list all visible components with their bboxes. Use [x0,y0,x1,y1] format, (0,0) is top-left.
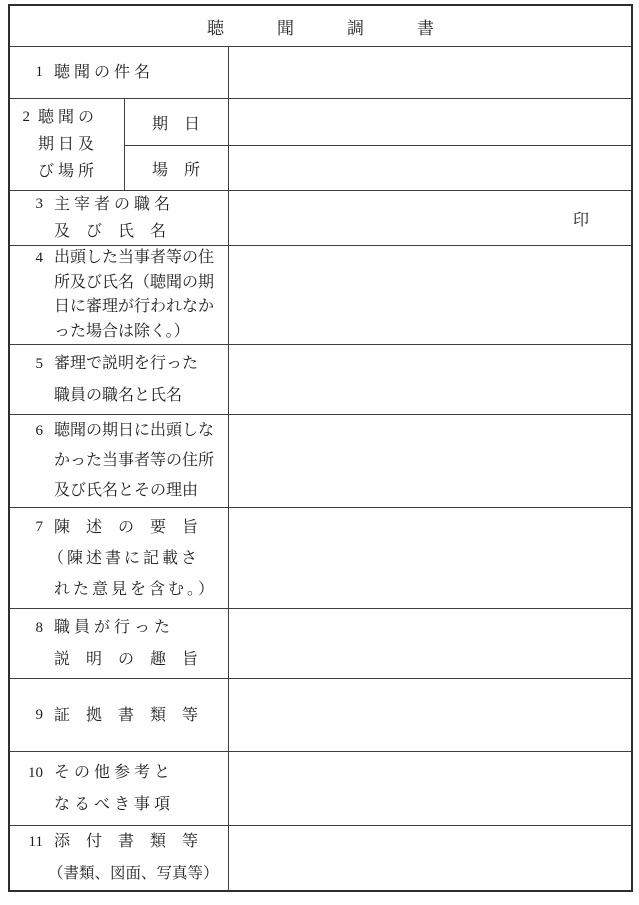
row-hearing-subject: 1 聴 聞 の 件 名 [9,47,632,99]
label-line: 日に審理が行われなか [54,295,214,320]
label-line: った場合は除く。） [54,320,214,345]
row-number: 9 [10,702,43,729]
row-explaining-staff: 5 審理で説明を行った 職員の職名と氏名 [9,345,632,415]
other-reference-label: 10 そ の 他 参 考 と な る べ き 事 項 [9,752,228,826]
explaining-staff-label: 5 審理で説明を行った 職員の職名と氏名 [9,345,228,415]
row-attached-documents: 11 添 付 書 類 等 （書類、図面、写真等） [9,826,632,892]
label-line: 及 び 氏 名 [54,218,170,245]
row-hearing-date: 2 聴 聞 の 期 日 及 び 場 所 期 日 [9,99,632,146]
label-line: 職員の職名と氏名 [54,380,198,412]
label-line: 証 拠 書 類 等 [54,702,198,729]
presiding-officer-value-field[interactable]: 印 [228,191,632,246]
date-value-field[interactable] [228,99,632,146]
row-number: 6 [10,416,43,446]
evidence-documents-label: 9 証 拠 書 類 等 [9,679,228,752]
absent-parties-value-field[interactable] [228,415,632,508]
label-line: び 場 所 [38,158,94,185]
label-line: 所及び氏名（聴聞の期 [54,271,214,296]
title-row: 聴 聞 調 書 [9,5,632,47]
row-number: 1 [10,59,43,86]
row-number: 8 [10,612,43,644]
row-number: 11 [10,826,43,858]
row-other-reference: 10 そ の 他 参 考 と な る べ き 事 項 [9,752,632,826]
label-line: な る べ き 事 項 [54,789,170,821]
hearing-subject-label: 1 聴 聞 の 件 名 [9,47,228,99]
row-number: 4 [10,246,43,271]
row-number: 7 [10,512,43,543]
appeared-parties-label: 4 出頭した当事者等の住 所及び氏名（聴聞の期 日に審理が行われなか った場合は… [9,246,228,345]
seal-mark: 印 [573,212,589,229]
label-line: 審理で説明を行った [54,348,198,380]
evidence-documents-value-field[interactable] [228,679,632,752]
row-number: 2 [10,104,30,131]
place-sublabel: 場 所 [124,146,228,191]
absent-parties-label: 6 聴聞の期日に出頭しな かった当事者等の住所 及び氏名とその理由 [9,415,228,508]
appeared-parties-value-field[interactable] [228,246,632,345]
statement-summary-value-field[interactable] [228,508,632,609]
label-line: れた意見を含む。） [54,574,217,605]
label-line: 期 日 及 [38,131,94,158]
row-number: 10 [10,757,43,789]
attached-documents-value-field[interactable] [228,826,632,892]
row-appeared-parties: 4 出頭した当事者等の住 所及び氏名（聴聞の期 日に審理が行われなか った場合は… [9,246,632,345]
label-line: そ の 他 参 考 と [54,757,170,789]
label-line: 主 宰 者 の 職 名 [54,191,170,218]
row-absent-parties: 6 聴聞の期日に出頭しな かった当事者等の住所 及び氏名とその理由 [9,415,632,508]
hearing-date-place-label: 2 聴 聞 の 期 日 及 び 場 所 [9,99,124,191]
label-line: 陳 述 の 要 旨 [54,512,217,543]
row-statement-summary: 7 陳 述 の 要 旨 （陳述書に記載さ れた意見を含む。） [9,508,632,609]
row-number: 5 [10,348,43,380]
row-presiding-officer: 3 主 宰 者 の 職 名 及 び 氏 名 印 [9,191,632,246]
label-line: 聴 聞 の [38,104,94,131]
other-reference-value-field[interactable] [228,752,632,826]
hearing-record-form: 聴 聞 調 書 1 聴 聞 の 件 名 2 聴 聞 の 期 日 及 び 場 所 [8,4,633,892]
label-line: 聴 聞 の 件 名 [54,59,150,86]
row-staff-explanation: 8 職 員 が 行 っ た 説 明 の 趣 旨 [9,609,632,679]
label-line: 及び氏名とその理由 [54,476,214,506]
staff-explanation-label: 8 職 員 が 行 っ た 説 明 の 趣 旨 [9,609,228,679]
statement-summary-label: 7 陳 述 の 要 旨 （陳述書に記載さ れた意見を含む。） [9,508,228,609]
place-value-field[interactable] [228,146,632,191]
label-line: 説 明 の 趣 旨 [54,644,198,676]
label-line: 添 付 書 類 等 [54,826,219,858]
label-line: （陳述書に記載さ [48,543,217,574]
label-line: 聴聞の期日に出頭しな [54,416,214,446]
row-evidence-documents: 9 証 拠 書 類 等 [9,679,632,752]
presiding-officer-label: 3 主 宰 者 の 職 名 及 び 氏 名 [9,191,228,246]
date-sublabel: 期 日 [124,99,228,146]
label-line: （書類、図面、写真等） [48,858,219,890]
attached-documents-label: 11 添 付 書 類 等 （書類、図面、写真等） [9,826,228,892]
hearing-subject-value-field[interactable] [228,47,632,99]
staff-explanation-value-field[interactable] [228,609,632,679]
label-line: 出頭した当事者等の住 [54,246,214,271]
form-title: 聴 聞 調 書 [9,5,632,47]
row-number: 3 [10,191,43,218]
explaining-staff-value-field[interactable] [228,345,632,415]
label-line: 職 員 が 行 っ た [54,612,198,644]
label-line: かった当事者等の住所 [54,446,214,476]
